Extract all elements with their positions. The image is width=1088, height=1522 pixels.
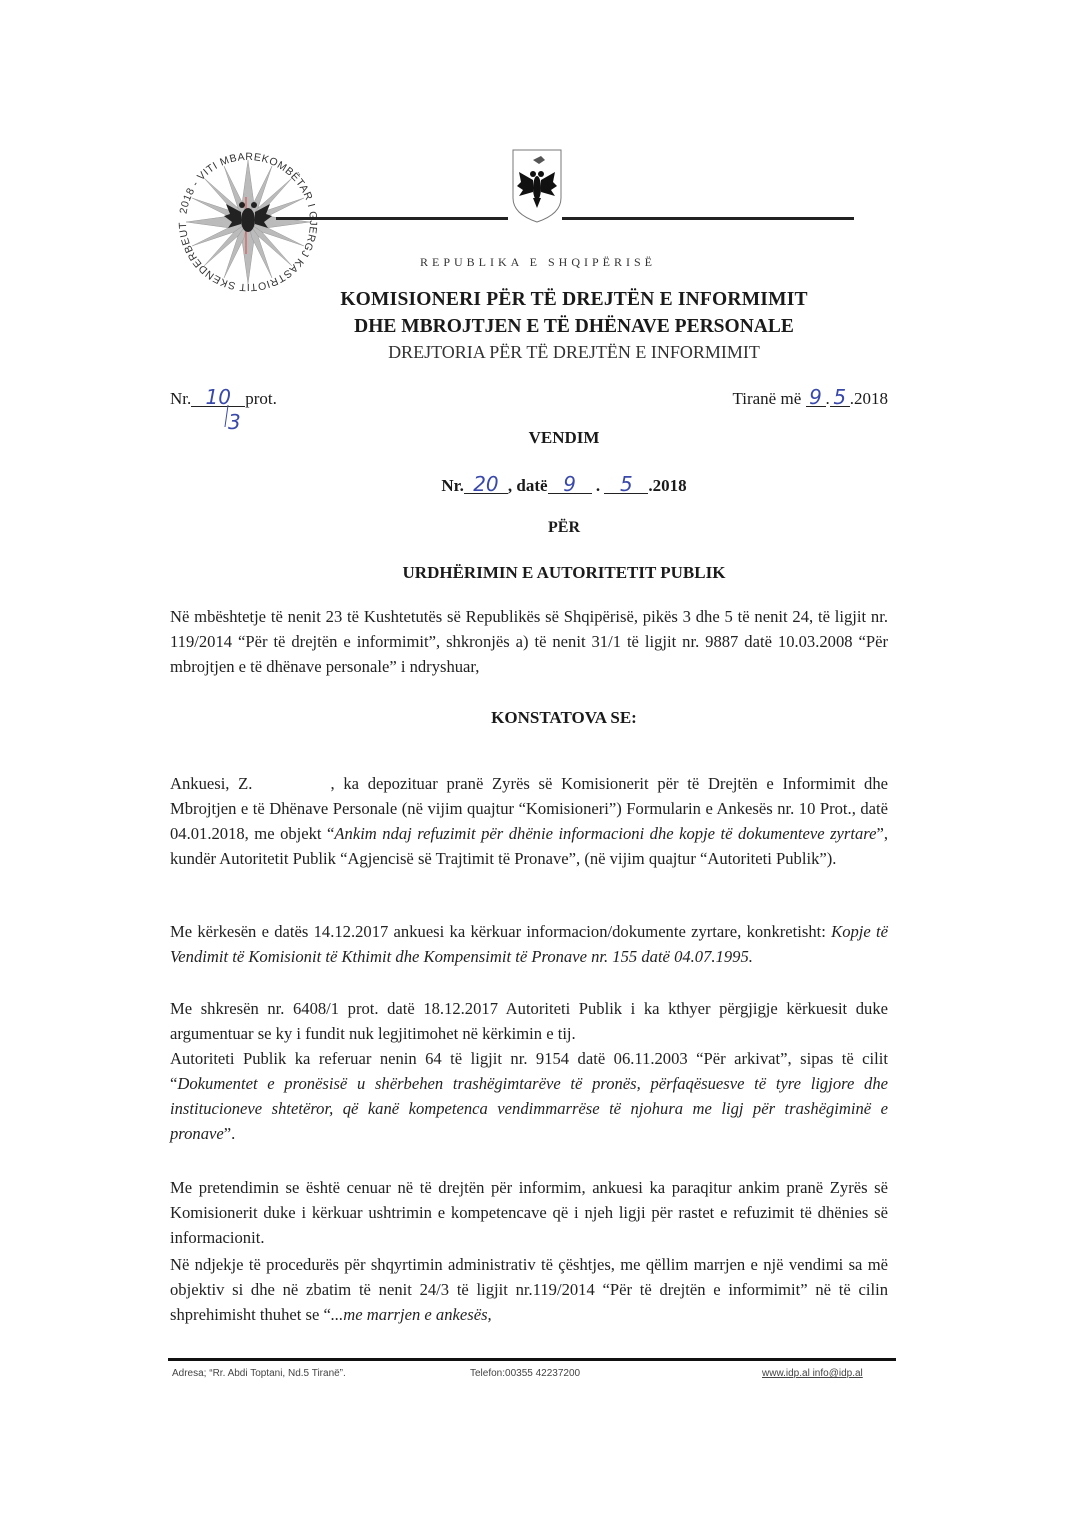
protocol-number: Nr.10prot. — [170, 388, 277, 409]
legal-basis-paragraph: Në mbështetje të nenit 23 të Kushtetutës… — [170, 604, 888, 679]
text: Ankuesi, Z. — [170, 774, 252, 793]
law-quote: ...me marrjen e ankesës, — [331, 1305, 492, 1324]
decision-number-line: Nr.20, datë9 . 5.2018 — [0, 475, 1088, 496]
footer-address: Adresa; “Rr. Abdi Toptani, Nd.5 Tiranë”. — [172, 1368, 346, 1379]
protocol-label: Nr. — [170, 389, 191, 408]
text: Në ndjekje të procedurës për shqyrtimin … — [170, 1255, 888, 1324]
complaint-object: Ankim ndaj refuzimit për dhënie informac… — [334, 824, 876, 843]
procedure-paragraph: Në ndjekje të procedurës për shqyrtimin … — [170, 1252, 888, 1327]
footer-rule — [168, 1358, 896, 1361]
header-rule-right — [562, 217, 854, 220]
prot-label: prot. — [245, 389, 277, 408]
institution-title-line2: DHE MBROJTJEN E TË DHËNAVE PERSONALE — [0, 316, 1088, 338]
date-day-handwritten: 9 — [806, 388, 826, 407]
republic-name: REPUBLIKA E SHQIPËRISË — [420, 255, 656, 270]
document-page: 2018 - VITI MBAREKOMBËTAR I GJERGJ KASTR… — [0, 0, 1088, 1522]
place-label: Tiranë më — [732, 389, 801, 408]
footer-website-link[interactable]: www.idp.al info@idp.al — [762, 1368, 863, 1379]
decision-per: PËR — [0, 519, 1088, 537]
decision-date-label: , datë — [508, 476, 548, 495]
decision-title: VENDIM — [0, 428, 1088, 448]
text: ”. — [224, 1124, 236, 1143]
directorate-name: DREJTORIA PËR TË DREJTËN E INFORMIMIT — [0, 342, 1088, 363]
decision-year: .2018 — [648, 476, 686, 495]
response-paragraph: Me shkresën nr. 6408/1 prot. datë 18.12.… — [170, 996, 888, 1046]
date-month-handwritten: 5 — [830, 388, 850, 407]
protocol-number-handwritten: 10 — [191, 388, 245, 407]
footer-phone: Telefon:00355 42237200 — [470, 1368, 580, 1379]
seal-icon: 2018 - VITI MBAREKOMBËTAR I GJERGJ KASTR… — [168, 142, 328, 302]
authority-reference-paragraph: Autoriteti Publik ka referuar nenin 64 t… — [170, 1046, 888, 1146]
place-date: Tiranë më 9.5.2018 — [732, 388, 888, 409]
decision-month-handwritten: 5 — [604, 475, 648, 494]
request-paragraph: Me kërkesën e datës 14.12.2017 ankuesi k… — [170, 919, 888, 969]
decision-nr-label: Nr. — [441, 476, 464, 495]
complaint-paragraph: Ankuesi, Z., ka depozituar pranë Zyrës s… — [170, 771, 888, 871]
header-rule-left — [276, 217, 508, 220]
date-year: .2018 — [850, 389, 888, 408]
findings-heading: KONSTATOVA SE: — [0, 708, 1088, 728]
institution-title-line1: KOMISIONERI PËR TË DREJTËN E INFORMIMIT — [0, 289, 1088, 311]
decision-number-handwritten: 20 — [464, 475, 508, 494]
coat-of-arms-icon — [511, 148, 563, 224]
claim-paragraph: Me pretendimin se është cenuar në të dre… — [170, 1175, 888, 1250]
text: Me kërkesën e datës 14.12.2017 ankuesi k… — [170, 922, 831, 941]
decision-subject: URDHËRIMIN E AUTORITETIT PUBLIK — [0, 563, 1088, 583]
decision-day-handwritten: 9 — [548, 475, 592, 494]
law-quote: Dokumentet e pronësisë u shërbehen trash… — [170, 1074, 888, 1143]
